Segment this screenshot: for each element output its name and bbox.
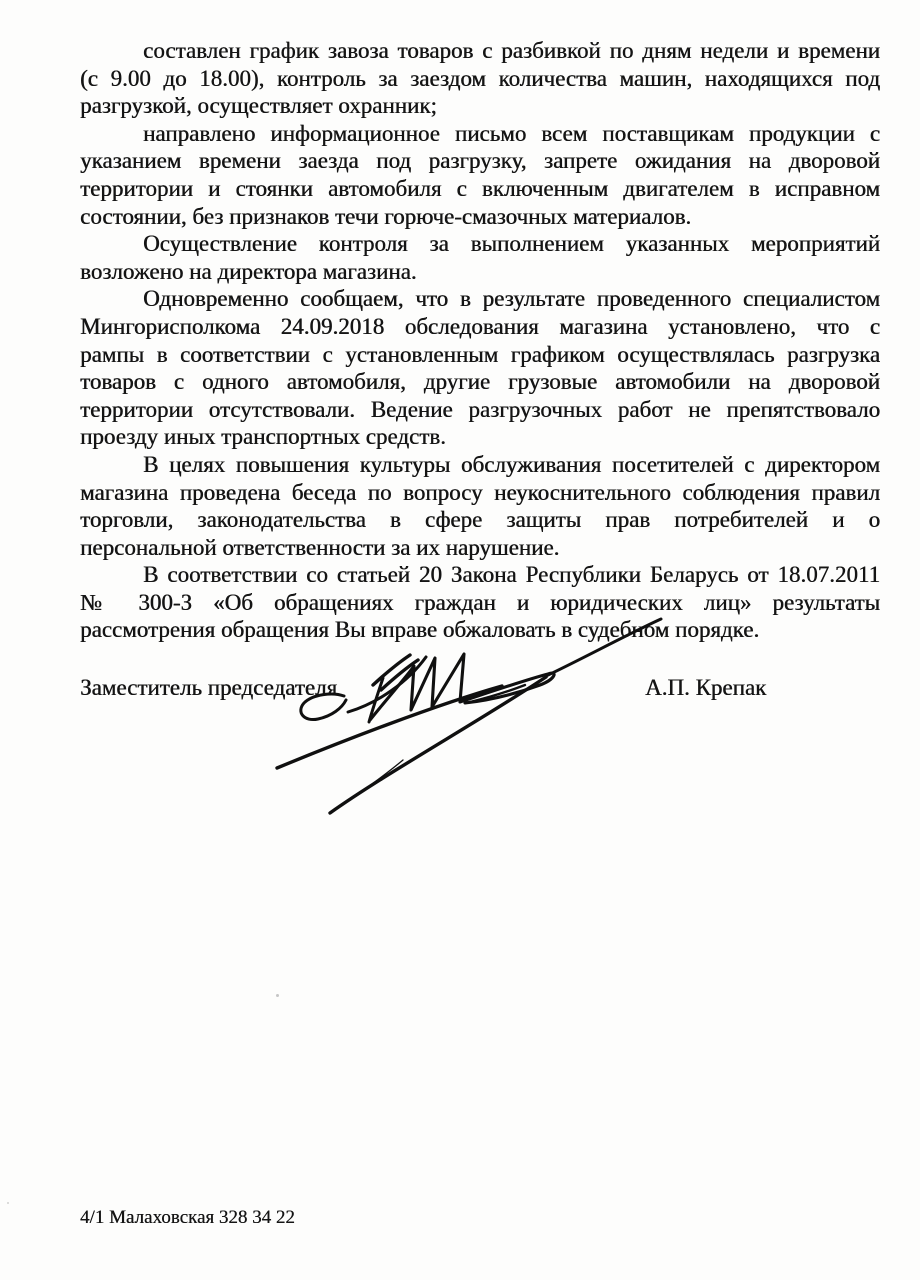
body-line: Одновременно сообщаем, что в результате … [80,285,880,313]
scan-speck [7,1202,9,1204]
body-line: территории и стоянки автомобиля с включе… [80,175,880,203]
body-line: торговли, законодательства в сфере защит… [80,506,880,534]
document-page: составлен график завоза товаров с разбив… [0,0,920,1280]
body-line: разгрузкой, осуществляет охранник; [80,92,880,120]
footer-reference: 4/1 Малаховская 328 34 22 [80,1206,295,1230]
body-line: товаров с одного автомобиля, другие груз… [80,368,880,396]
body-line: магазина проведена беседа по вопросу неу… [80,479,880,507]
body-line: проезду иных транспортных средств. [80,423,880,451]
scan-speck [276,994,279,997]
body-line: В соответствии со статьей 20 Закона Респ… [80,561,880,589]
letter-body: составлен график завоза товаров с разбив… [80,37,880,644]
signatory-name: А.П. Крепак [645,674,766,702]
body-line: Осуществление контроля за выполнением ук… [80,230,880,258]
body-line: персональной ответственности за их наруш… [80,534,880,562]
body-line: территории отсутствовали. Ведение разгру… [80,396,880,424]
body-line: Мингорисполкома 24.09.2018 обследования … [80,313,880,341]
body-line: № 300-З «Об обращениях граждан и юридиче… [80,589,880,617]
body-line: состоянии, без признаков течи горюче-сма… [80,203,880,231]
body-line: указанием времени заезда под разгрузку, … [80,147,880,175]
body-line: составлен график завоза товаров с разбив… [80,37,880,65]
body-line: (с 9.00 до 18.00), контроль за заездом к… [80,65,880,93]
body-line: возложено на директора магазина. [80,258,880,286]
body-line: В целях повышения культуры обслуживания … [80,451,880,479]
body-line: направлено информационное письмо всем по… [80,120,880,148]
signatory-position: Заместитель председателя [80,674,337,702]
body-line: рампы в соответствии с установленным гра… [80,341,880,369]
body-line: рассмотрения обращения Вы вправе обжалов… [80,616,880,644]
